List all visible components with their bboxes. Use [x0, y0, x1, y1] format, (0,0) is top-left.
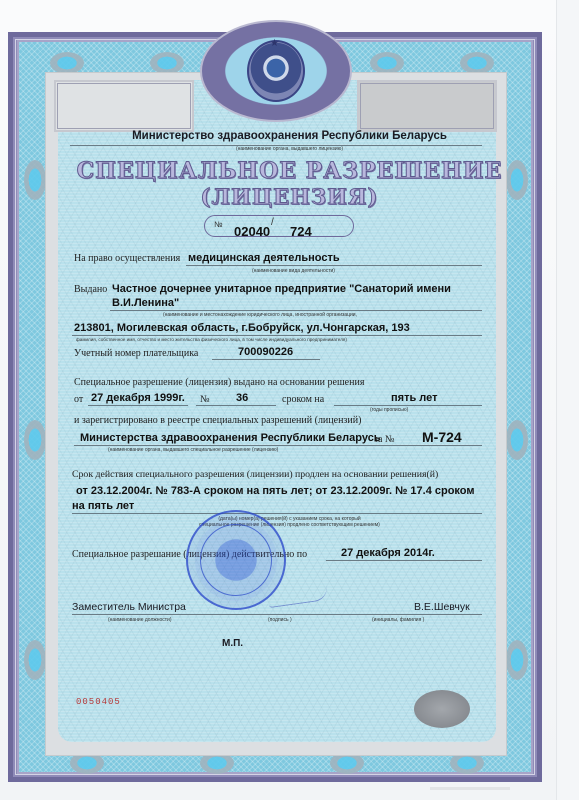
decision-date: 27 декабря 1999г.: [91, 392, 185, 404]
extension-value-line2: на пять лет: [72, 500, 134, 512]
issued-to-label: Выдано: [74, 284, 107, 295]
issued-to-value-line1: Частное дочернее унитарное предприятие "…: [112, 283, 451, 295]
extension-value-line1: от 23.12.2004г. № 783-А сроком на пять л…: [76, 485, 475, 497]
decision-term-caption: (годы прописью): [370, 407, 408, 413]
license-number-part1: 02040: [234, 224, 270, 239]
underline: [334, 405, 482, 406]
decision-intro: Специальное разрешение (лицензия) выдано…: [74, 377, 364, 388]
rosette-ornament: [24, 420, 46, 460]
underline: [74, 445, 414, 446]
rosette-ornament: [50, 52, 84, 74]
rosette-ornament: [460, 52, 494, 74]
underline: [186, 265, 482, 266]
signatory-name: В.Е.Шевчук: [414, 601, 470, 613]
decision-num-label: №: [200, 394, 210, 405]
registry-num-label: за №: [374, 434, 394, 445]
top-left-window: [54, 80, 194, 132]
decision-from-label: от: [74, 394, 83, 405]
underline: [88, 405, 188, 406]
signatory-position: Заместитель Министра: [72, 601, 186, 613]
name-caption: (инициалы, фамилия ): [372, 617, 424, 623]
validity-date: 27 декабря 2014г.: [341, 547, 435, 559]
taxpayer-number: 700090226: [238, 346, 293, 358]
document-title: СПЕЦИАЛЬНОЕ РАЗРЕШЕНИЕ: [0, 158, 579, 184]
activity-label: На право осуществления: [74, 253, 180, 264]
issued-to-value-line2: В.И.Ленина": [112, 297, 179, 309]
hologram-sticker: [414, 690, 470, 728]
decision-term: пять лет: [391, 392, 437, 404]
stamp-place-label: М.П.: [222, 638, 243, 649]
extension-intro: Срок действия специального разрешения (л…: [72, 469, 438, 480]
rosette-ornament: [150, 52, 184, 74]
decision-term-label: сроком на: [282, 394, 324, 405]
underline: [72, 513, 482, 514]
registry-intro: и зарегистрировано в реестре специальных…: [74, 415, 361, 426]
license-number-part2: 724: [290, 224, 312, 239]
position-caption: (наименование должности): [108, 617, 172, 623]
underline: [72, 335, 482, 336]
star-icon: ★: [270, 38, 279, 49]
document-subtitle: (ЛИЦЕНЗИЯ): [0, 184, 579, 209]
rosette-ornament: [506, 640, 528, 680]
rosette-ornament: [370, 52, 404, 74]
rosette-ornament: [24, 640, 46, 680]
activity-value: медицинская деятельность: [188, 252, 340, 264]
address-value: 213801, Могилевская область, г.Бобруйск,…: [74, 322, 410, 334]
decision-number: 36: [236, 392, 248, 404]
signature-caption: (подпись ): [268, 617, 292, 623]
issued-to-caption: (наименование и местонахождение юридичес…: [163, 312, 357, 318]
activity-caption: (наименование вида деятельности): [252, 268, 335, 274]
underline: [326, 560, 482, 561]
number-slash: /: [271, 217, 274, 228]
registry-authority: Министерства здравоохранения Республики …: [80, 432, 381, 444]
underline: [212, 359, 320, 360]
taxpayer-label: Учетный номер плательщика: [74, 348, 198, 359]
registry-caption: (наименование органа, выдавшего специаль…: [108, 447, 278, 453]
paper-edge: [556, 0, 579, 800]
top-right-window: [357, 80, 497, 132]
printer-imprint: [430, 787, 510, 790]
registry-number: М-724: [422, 429, 462, 445]
serial-number: 0050405: [76, 697, 121, 707]
number-sign: №: [214, 220, 223, 229]
issuer-name: Министерство здравоохранения Республики …: [0, 130, 579, 142]
underline: [72, 614, 482, 615]
extension-caption-2: специальное разрешение (лицензия) продле…: [0, 522, 579, 528]
underline: [110, 310, 482, 311]
address-caption: фамилия, собственное имя, отчество и мес…: [76, 337, 347, 342]
underline: [414, 445, 482, 446]
license-number-box: [204, 215, 354, 237]
issuer-caption: (наименование органа, выдавшего лицензию…: [0, 146, 579, 152]
state-emblem-icon: [247, 40, 305, 102]
underline: [196, 405, 276, 406]
rosette-ornament: [506, 420, 528, 460]
